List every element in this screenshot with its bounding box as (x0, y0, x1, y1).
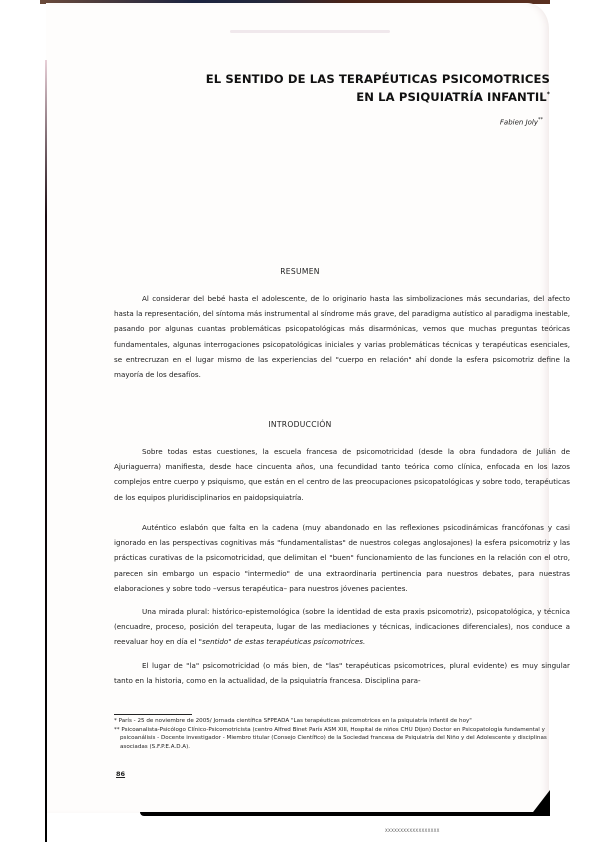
resumen-heading: RESUMEN (0, 267, 595, 276)
intro-paragraph-3: Una mirada plural: histórico-epistemológ… (114, 604, 570, 650)
article-title: EL SENTIDO DE LAS TERAPÉUTICAS PSICOMOTR… (206, 72, 550, 105)
page-bottom-shadow (140, 812, 550, 816)
document-page (46, 3, 549, 813)
intro-paragraph-4: El lugar de "la" psicomotricidad (o más … (114, 658, 570, 688)
author-footnote-marker: ** (538, 117, 543, 123)
footnote-2: ** Psicoanalista-Psicólogo Clínico-Psico… (114, 726, 574, 751)
resumen-paragraph: Al considerar del bebé hasta el adolesce… (114, 291, 570, 382)
title-footnote-marker: * (547, 91, 550, 98)
footnotes: * París - 25 de noviembre de 2005/ Jorna… (114, 717, 574, 752)
scanner-mark: XXXXXXXXXXXXXXXXXX (385, 828, 440, 833)
page-number: 86 (116, 770, 125, 778)
footnote-1: * París - 25 de noviembre de 2005/ Jorna… (114, 717, 574, 725)
page-left-edge-shadow (45, 60, 47, 842)
author-name: Fabien Joly** (500, 117, 543, 126)
introduccion-heading: INTRODUCCIÓN (0, 420, 595, 429)
title-line-2: EN LA PSIQUIATRÍA INFANTIL (356, 90, 547, 104)
italic-phrase: "sentido" de estas terapéuticas psicomot… (199, 637, 366, 646)
faint-running-header (230, 30, 390, 33)
intro-paragraph-1: Sobre todas estas cuestiones, la escuela… (114, 444, 570, 505)
footnote-separator (114, 714, 192, 715)
title-line-1: EL SENTIDO DE LAS TERAPÉUTICAS PSICOMOTR… (206, 72, 550, 86)
intro-paragraph-2: Auténtico eslabón que falta en la cadena… (114, 520, 570, 596)
